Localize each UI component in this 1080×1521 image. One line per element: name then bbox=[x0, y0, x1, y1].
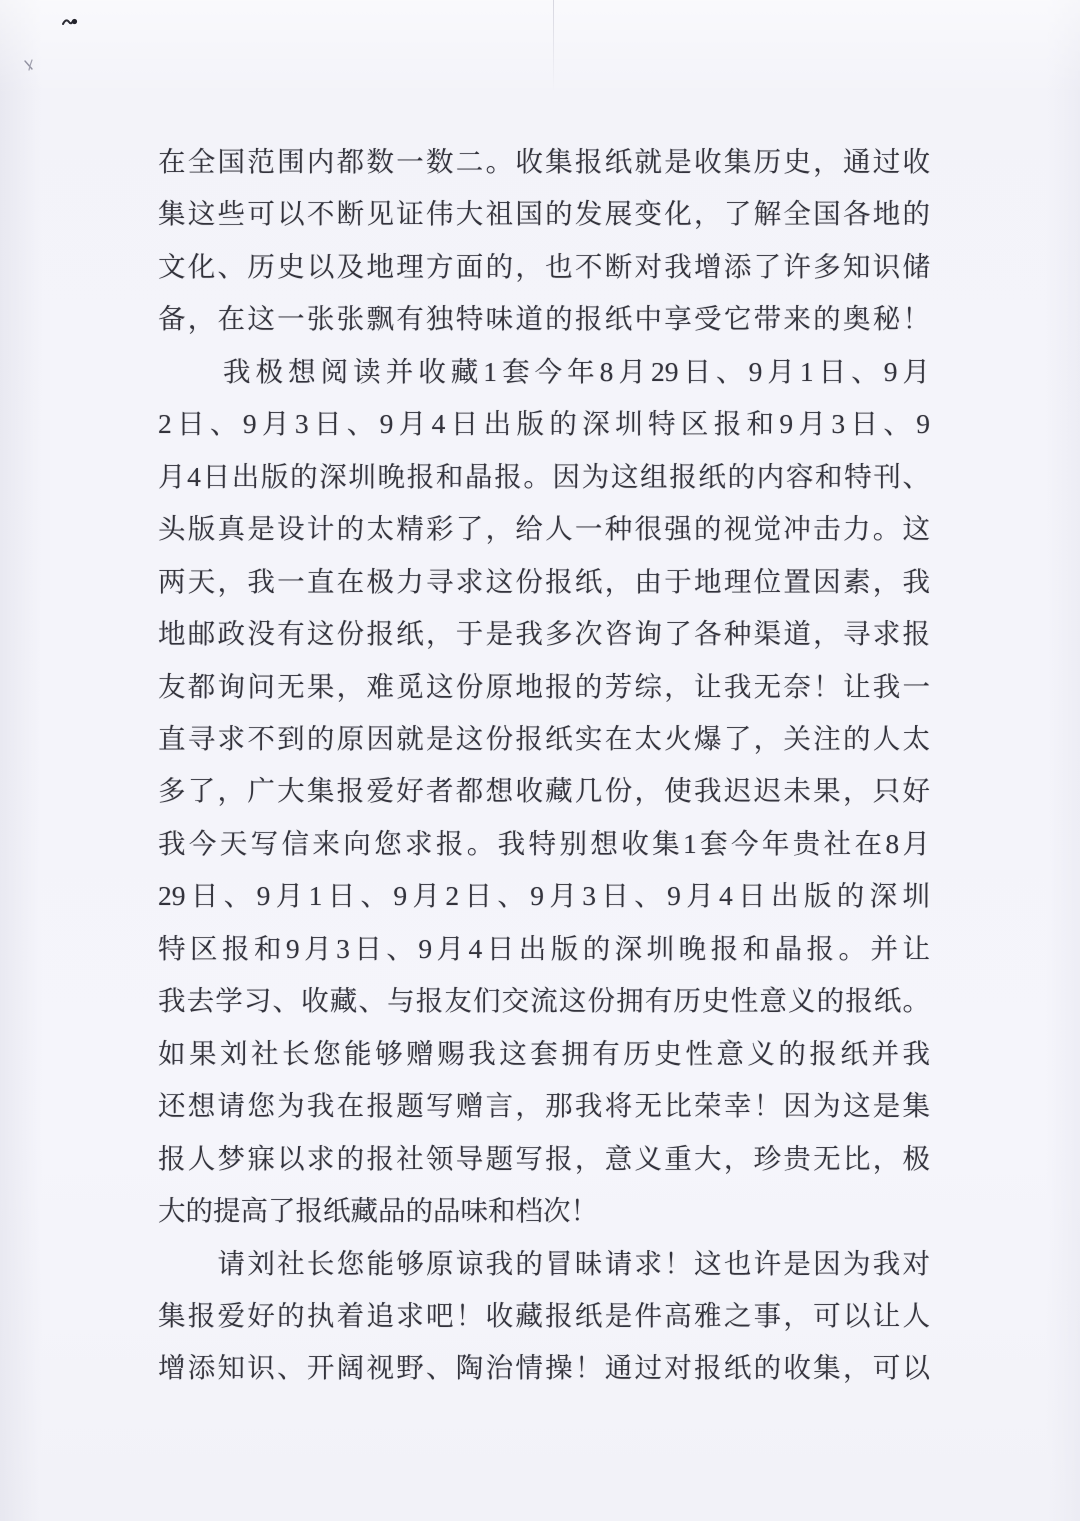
letter-line: 如果刘社长您能够赠赐我这套拥有历史性意义的报纸并我 bbox=[158, 1028, 930, 1080]
letter-body: 在全国范围内都数一数二。收集报纸就是收集历史，通过收集这些可以不断见证伟大祖国的… bbox=[158, 136, 930, 1395]
letter-line: 报人梦寐以求的报社领导题写报，意义重大，珍贵无比，极 bbox=[158, 1133, 930, 1185]
letter-line: 我极想阅读并收藏1套今年8月29日、9月1日、9月 bbox=[158, 346, 930, 398]
letter-line: 集报爱好的执着追求吧！收藏报纸是件高雅之事，可以让人 bbox=[158, 1290, 930, 1342]
letter-line: 2日、9月3日、9月4日出版的深圳特区报和9月3日、9 bbox=[158, 398, 930, 450]
letter-line: 大的提高了报纸藏品的品味和档次！ bbox=[158, 1185, 930, 1237]
ink-speck-icon bbox=[62, 15, 79, 28]
letter-line: 我去学习、收藏、与报友们交流这份拥有历史性意义的报纸。 bbox=[158, 975, 930, 1027]
ink-speck-icon bbox=[23, 57, 38, 73]
letter-line: 在全国范围内都数一数二。收集报纸就是收集历史，通过收 bbox=[158, 136, 930, 188]
letter-line: 我今天写信来向您求报。我特别想收集1套今年贵社在8月 bbox=[158, 818, 930, 870]
fold-crease bbox=[553, 0, 554, 92]
letter-line: 请刘社长您能够原谅我的冒昧请求！这也许是因为我对 bbox=[158, 1238, 930, 1290]
letter-line: 头版真是设计的太精彩了，给人一种很强的视觉冲击力。这 bbox=[158, 503, 930, 555]
letter-line: 两天，我一直在极力寻求这份报纸，由于地理位置因素，我 bbox=[158, 556, 930, 608]
letter-line: 文化、历史以及地理方面的，也不断对我增添了许多知识储 bbox=[158, 241, 930, 293]
letter-line: 多了，广大集报爱好者都想收藏几份，使我迟迟未果，只好 bbox=[158, 765, 930, 817]
letter-line: 友都询问无果，难觅这份原地报的芳综，让我无奈！让我一 bbox=[158, 661, 930, 713]
letter-line: 月4日出版的深圳晚报和晶报。因为这组报纸的内容和特刊、 bbox=[158, 451, 930, 503]
letter-line: 直寻求不到的原因就是这份报纸实在太火爆了，关注的人太 bbox=[158, 713, 930, 765]
letter-line: 增添知识、开阔视野、陶治情操！通过对报纸的收集，可以 bbox=[158, 1342, 930, 1394]
scanned-letter-page: 在全国范围内都数一数二。收集报纸就是收集历史，通过收集这些可以不断见证伟大祖国的… bbox=[0, 0, 1080, 1521]
letter-line: 还想请您为我在报题写赠言，那我将无比荣幸！因为这是集 bbox=[158, 1080, 930, 1132]
letter-line: 特区报和9月3日、9月4日出版的深圳晚报和晶报。并让 bbox=[158, 923, 930, 975]
letter-line: 地邮政没有这份报纸，于是我多次咨询了各种渠道，寻求报 bbox=[158, 608, 930, 660]
letter-line: 集这些可以不断见证伟大祖国的发展变化，了解全国各地的 bbox=[158, 188, 930, 240]
letter-line: 29日、9月1日、9月2日、9月3日、9月4日出版的深圳 bbox=[158, 870, 930, 922]
letter-line: 备，在这一张张飘有独特味道的报纸中享受它带来的奥秘！ bbox=[158, 293, 930, 345]
